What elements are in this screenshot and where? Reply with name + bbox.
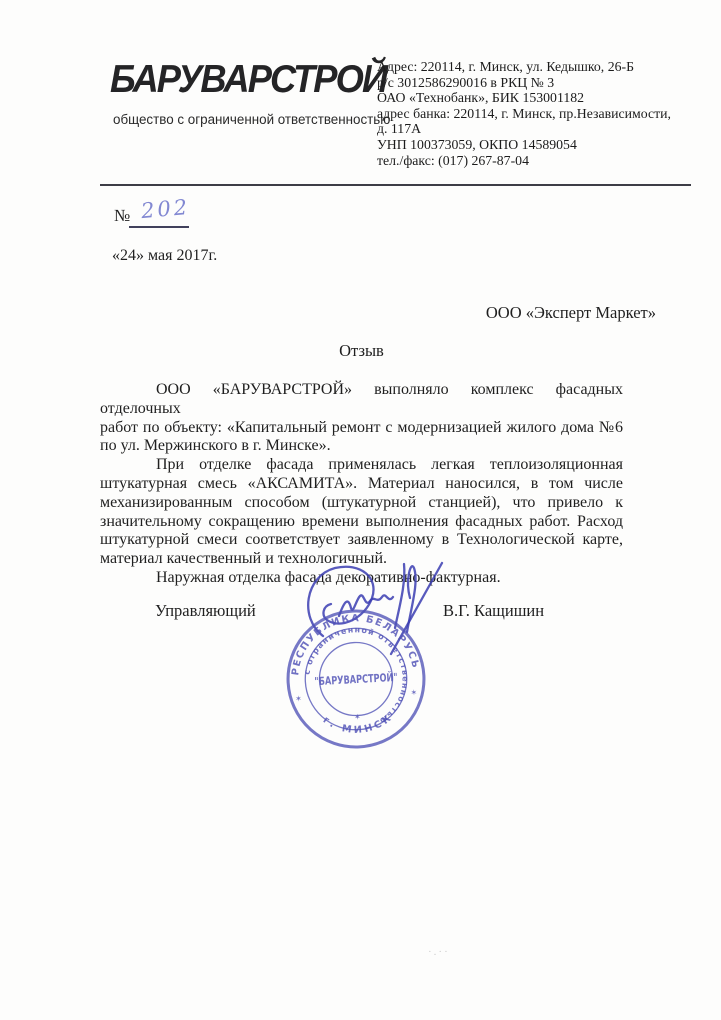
address-line: д. 117А xyxy=(377,121,707,137)
body-line: значительному сокращению времени выполне… xyxy=(100,513,623,532)
signatory-role: Управляющий xyxy=(155,601,256,621)
address-line: тел./факс: (017) 267-87-04 xyxy=(377,153,707,169)
company-stamp: РЕСПУБЛИКА БЕЛАРУСЬ г. МИНСК Общество с … xyxy=(281,604,430,753)
company-legal-form: общество с ограниченной ответственностью xyxy=(113,112,379,127)
stamp-star-bottom-icon: ✶ xyxy=(354,711,362,721)
address-line: УНП 100373059, ОКПО 14589054 xyxy=(377,137,707,153)
document-title: Отзыв xyxy=(100,341,623,361)
stamp-center-text: "БАРУВАРСТРОЙ" xyxy=(314,671,398,688)
address-line: адрес банка: 220114, г. Минск, пр.Незави… xyxy=(377,106,707,122)
signatory-name: В.Г. Кащишин xyxy=(443,601,544,621)
letterhead-rule xyxy=(100,184,691,186)
company-logo: БАРУВАРСТРОЙ xyxy=(110,58,363,102)
body-line: штукатурной смеси соответствует заявленн… xyxy=(100,531,623,550)
stamp-star-left-icon: ✶ xyxy=(295,693,303,703)
body-line: по ул. Мержинского в г. Минске». xyxy=(100,437,623,456)
body-line: штукатурная смесь «АКСАМИТА». Материал н… xyxy=(100,475,623,494)
company-details-block: Адрес: 220114, г. Минск, ул. Кедышко, 26… xyxy=(377,59,707,168)
scanned-letter-page: БАРУВАРСТРОЙ общество с ограниченной отв… xyxy=(0,0,721,1020)
reference-number-underline xyxy=(129,226,189,228)
body-line: При отделке фасада применялась легкая те… xyxy=(100,456,623,475)
recipient: ООО «Эксперт Маркет» xyxy=(486,303,656,323)
address-line: р/с 3012586290016 в РКЦ № 3 xyxy=(377,75,707,91)
address-line: ОАО «Технобанк», БИК 153001182 xyxy=(377,90,707,106)
reference-number-handwritten: 202 xyxy=(140,195,191,223)
address-line: Адрес: 220114, г. Минск, ул. Кедышко, 26… xyxy=(377,59,707,75)
body-line: ООО «БАРУВАРСТРОЙ» выполняло комплекс фа… xyxy=(100,381,623,419)
stamp-star-right-icon: ✶ xyxy=(410,687,418,697)
body-line: механизированным способом (штукатурной с… xyxy=(100,494,623,513)
date-line: «24» мая 2017г. xyxy=(112,247,217,265)
body-line: работ по объекту: «Капитальный ремонт с … xyxy=(100,419,623,438)
reference-number-label: № xyxy=(114,206,130,226)
scan-artifact: ·.·· xyxy=(428,946,450,958)
